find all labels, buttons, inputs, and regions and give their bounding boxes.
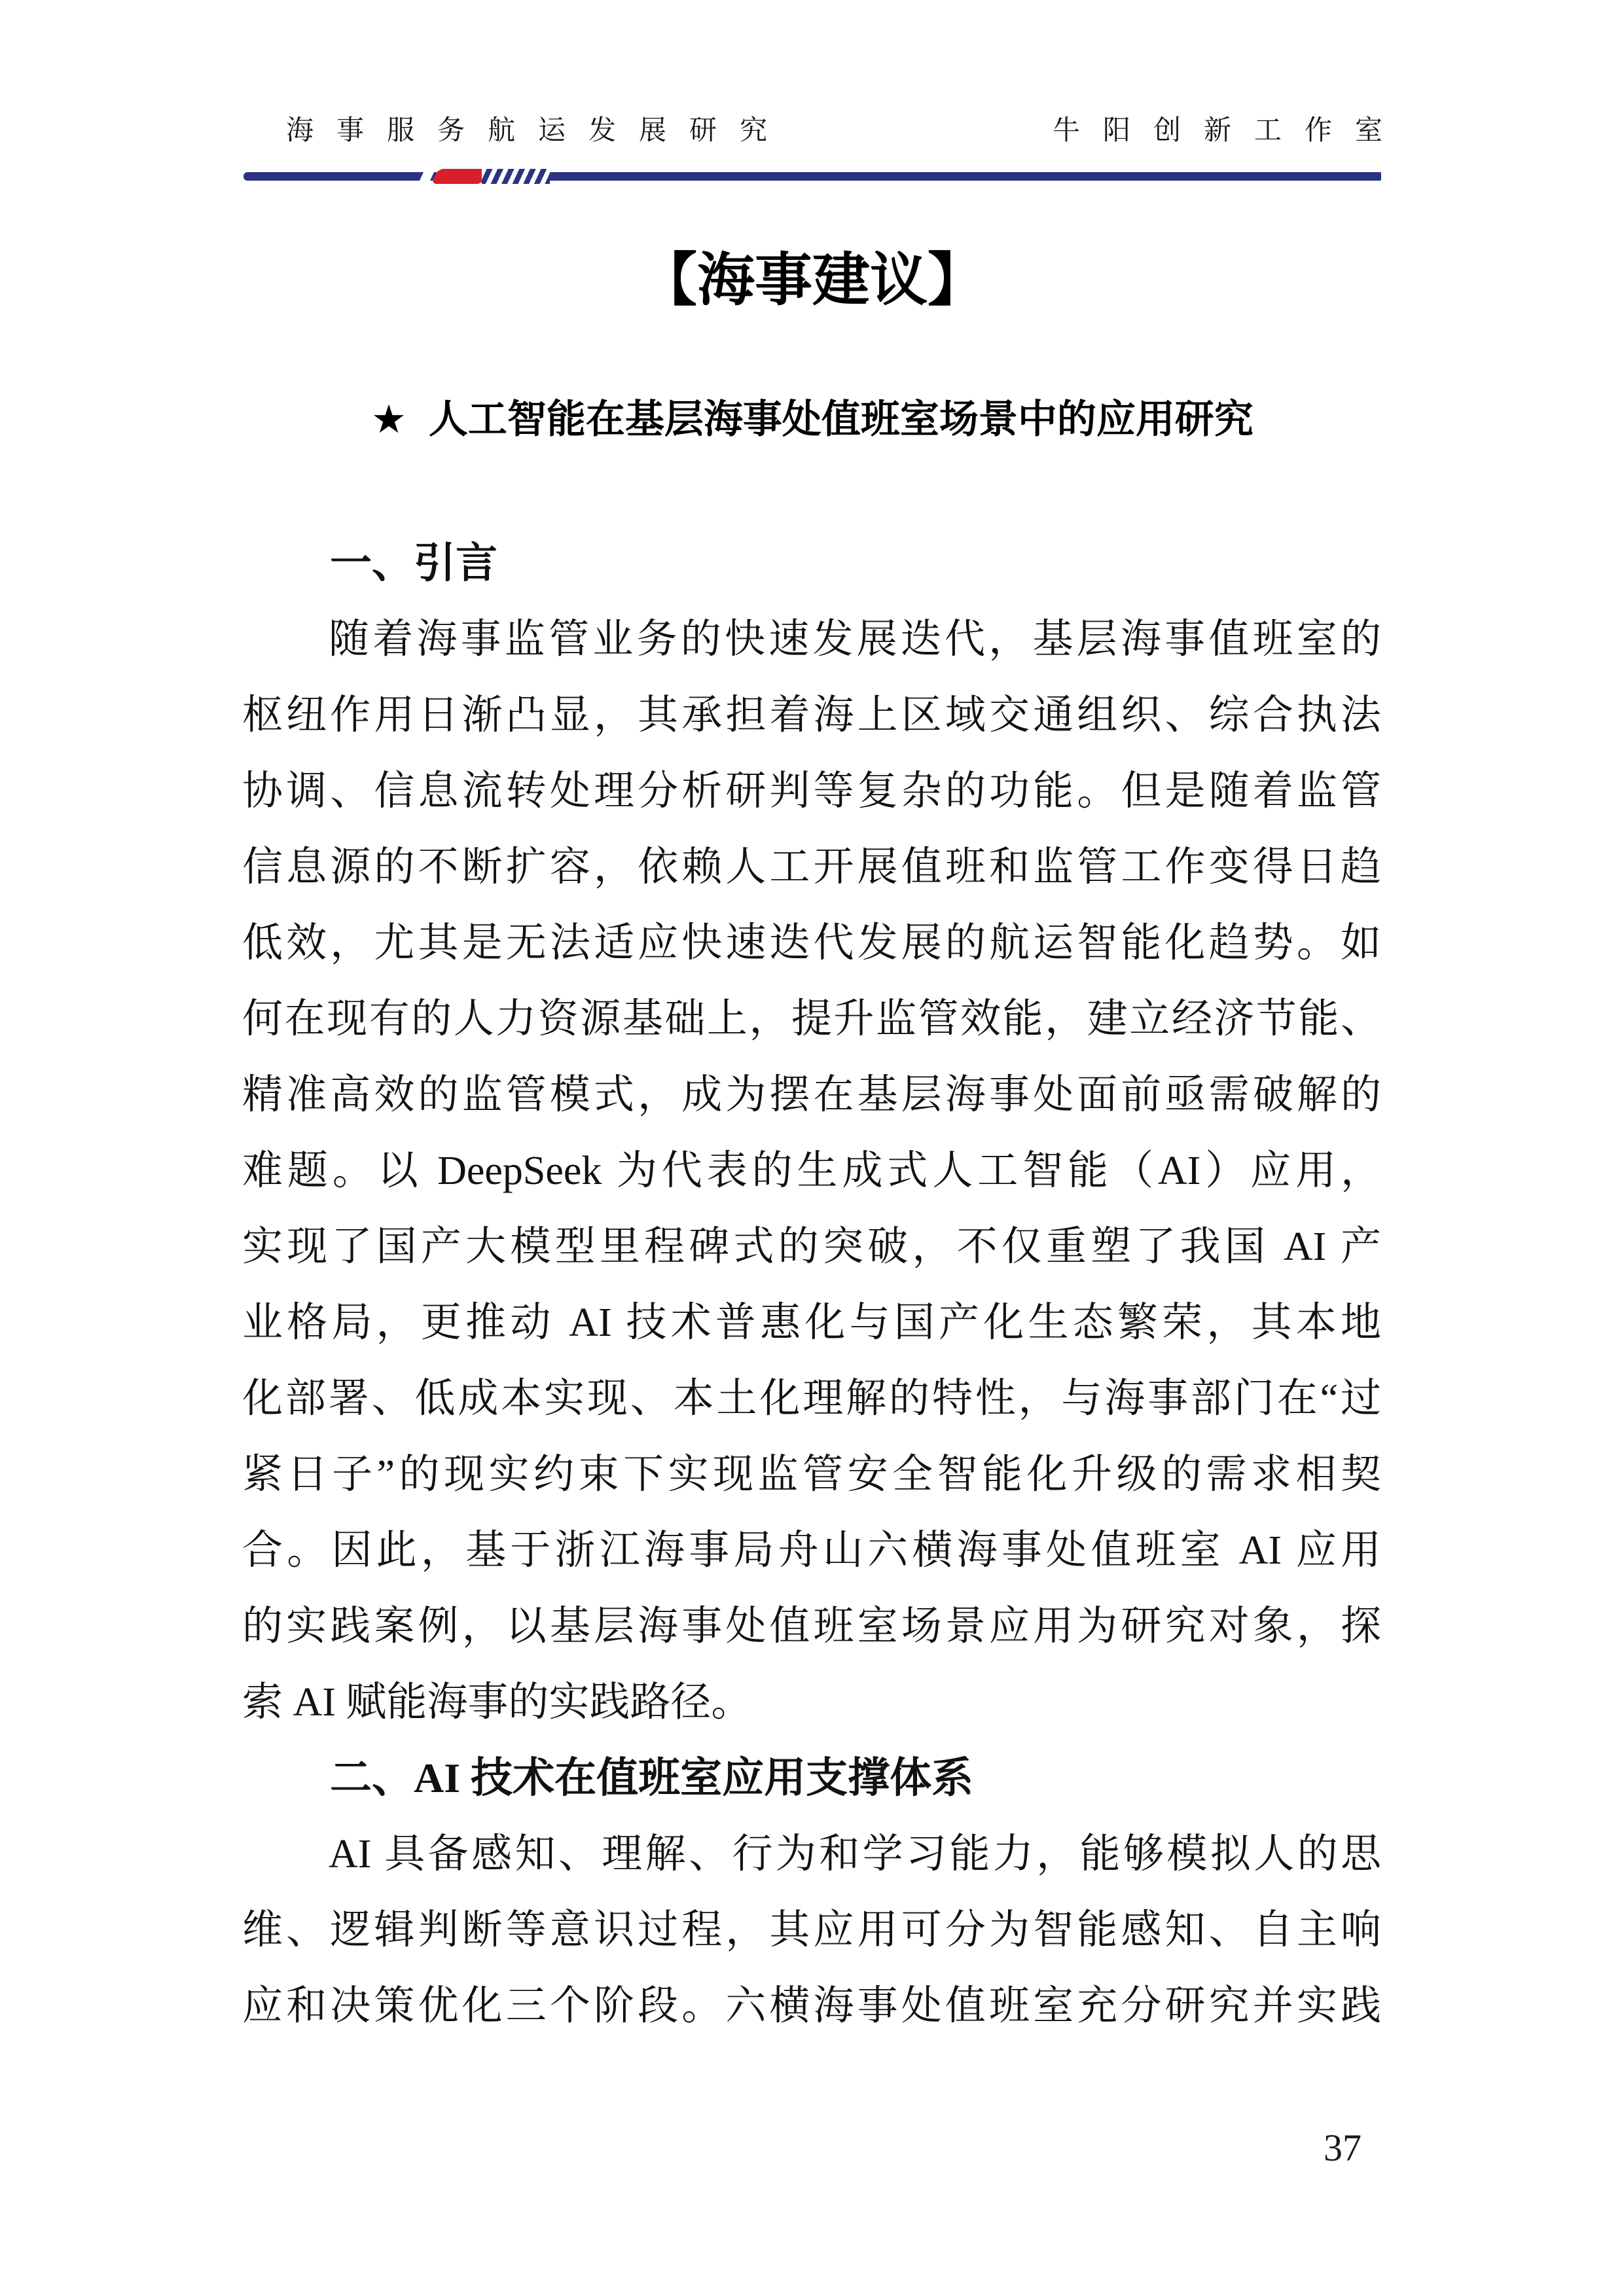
body-line: 的实践案例，以基层海事处值班室场景应用为研究对象，探 [242,1588,1381,1664]
body-line: 维、逻辑判断等意识过程，其应用可分为智能感知、自主响 [242,1892,1381,1968]
header-rule-bar [244,172,1381,181]
body-line: 业格局，更推动 AI 技术普惠化与国产化生态繁荣，其本地 [242,1285,1381,1361]
document-page: 海事服务航运发展研究 牛阳创新工作室 【海事建议】 ★人工智能在基层海事处值班室… [0,0,1624,2296]
section-heading: 一、引言 [242,526,1381,601]
article-title: ★人工智能在基层海事处值班室场景中的应用研究 [244,390,1381,449]
body-line: 化部署、低成本实现、本土化理解的特性，与海事部门在“过 [242,1361,1381,1437]
body-line: 合。因此，基于浙江海事局舟山六横海事处值班室 AI 应用 [242,1513,1381,1588]
body-line: 信息源的不断扩容，依赖人工开展值班和监管工作变得日趋 [242,829,1381,905]
rule-bar-red-accent [431,169,490,184]
rule-bar-diagonal-stripes [482,169,550,184]
body-line: 枢纽作用日渐凸显，其承担着海上区域交通组织、综合执法 [242,677,1381,753]
page-title: 【海事建议】 [244,241,1381,319]
body-line: 协调、信息流转处理分析研判等复杂的功能。但是随着监管 [242,753,1381,829]
body-line: 精准高效的监管模式，成为摆在基层海事处面前亟需破解的 [242,1057,1381,1133]
page-number: 37 [1324,2122,1362,2174]
page-header: 海事服务航运发展研究 牛阳创新工作室 [286,113,1382,149]
body-line: 难题。以 DeepSeek 为代表的生成式人工智能（AI）应用， [242,1133,1381,1209]
header-left-text: 海事服务航运发展研究 [286,113,790,149]
header-right-text: 牛阳创新工作室 [1053,113,1405,149]
body-line: AI 具备感知、理解、行为和学习能力，能够模拟人的思 [242,1816,1381,1892]
star-icon: ★ [371,397,406,441]
section-heading: 二、AI 技术在值班室应用支撑体系 [242,1740,1381,1816]
body-line: 随着海事监管业务的快速发展迭代，基层海事值班室的 [242,601,1381,677]
body-line: 何在现有的人力资源基础上，提升监管效能，建立经济节能、 [242,981,1381,1057]
body-line: 实现了国产大模型里程碑式的突破，不仅重塑了我国 AI 产 [242,1209,1381,1285]
content-rows: 一、引言随着海事监管业务的快速发展迭代，基层海事值班室的枢纽作用日渐凸显，其承担… [242,526,1381,2044]
body-line: 低效，尤其是无法适应快速迭代发展的航运智能化趋势。如 [242,905,1381,981]
article-title-text: 人工智能在基层海事处值班室场景中的应用研究 [429,397,1254,441]
body-line: 紧日子”的现实约束下实现监管安全智能化升级的需求相契 [242,1437,1381,1513]
body-line: 索 AI 赋能海事的实践路径。 [242,1664,1381,1740]
body-line: 应和决策优化三个阶段。六横海事处值班室充分研究并实践 [242,1968,1381,2044]
